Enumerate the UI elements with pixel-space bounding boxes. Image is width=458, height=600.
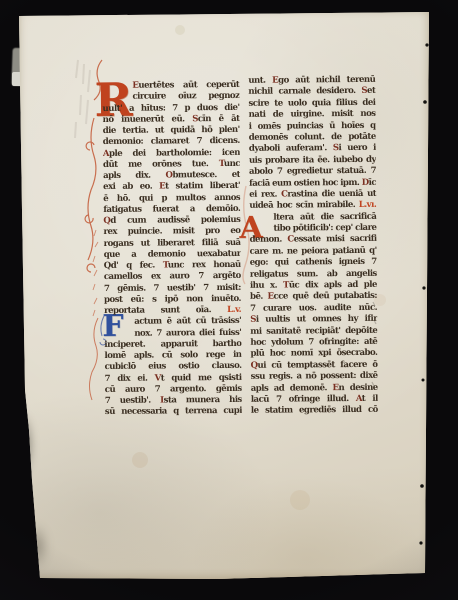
text-line: Qdcumaudissēpolemius (103, 215, 240, 227)
text-line: religatussum.abangelis (250, 268, 377, 280)
text-line: ssuregis.anōpossent:dixē (251, 371, 378, 383)
text-line: uisprobareitaēe.iubebody (249, 155, 376, 167)
text-line: dūtmeorōnestue.Tunc (103, 159, 240, 171)
text-line: abolo7egredieturstatuā.7 (249, 166, 376, 178)
text-line: eirex.Crastinadieueniāut (249, 189, 376, 201)
text-line: plūhocnomīxpiōsecrabo. (250, 348, 377, 360)
text-line: cūauro7argento.gēmis (105, 384, 242, 396)
text-line: dyaboliauferam'.Siueroi (249, 143, 376, 155)
text-line: ego:quicathenisigneis7 (250, 257, 377, 269)
text-line: iomēspuinciasūhoīesq (249, 120, 376, 132)
text-line: scireteuoloquiafiliusdei (248, 98, 375, 110)
text-line: circuireoīuzpegnoz (102, 91, 239, 103)
text-line: sūnecessariaqterrenacupi (105, 406, 242, 418)
photo-background: R F A Euertētesaūtceperūtcircuireoīuzpeg… (0, 0, 458, 600)
text-line: carem.nepeiorapatianūq' (250, 246, 377, 258)
text-line: unt.Egoaūtnichilterenū (248, 75, 375, 87)
text-line: Quicūtemptassētfacereō (251, 360, 378, 372)
text-line: lacū7ofringeillud.Atil (251, 394, 378, 406)
text-line: tibopōtificib':cep'clare (249, 223, 376, 235)
text-block: R F A Euertētesaūtceperūtcircuireoīuzpeg… (16, 8, 432, 581)
text-line: demonio:clamaret7dicens. (103, 136, 240, 148)
text-line: bē.Eccequēdeūputabatis: (250, 291, 377, 303)
text-line: uideāhocscīnmirabile.L.vı. (249, 200, 376, 212)
text-column-left: Euertētesaūtceperūtcircuireoīuzpegnozuul… (102, 80, 242, 419)
text-line: posteū:sipōnoninuēto. (104, 294, 241, 306)
text-line: demon.Cessatemisisacrifi (250, 234, 377, 246)
text-line: Siuultisutomneshyifir (250, 314, 377, 326)
text-line: ihux.Tūcdixaplsadple (250, 280, 377, 292)
manuscript-leaf: R F A Euertētesaūtceperūtcircuireoīuzpeg… (18, 10, 430, 580)
text-line: faciāeumostienhocipm.Dīc (249, 177, 376, 189)
text-line: nichilcarnaledesidero.Set (248, 86, 375, 98)
text-line: 7curareuos.auditenūc. (250, 303, 377, 315)
text-line: demonēscolunt.depotāte (249, 132, 376, 144)
text-line: lteraaūtdiesacrificā (249, 211, 376, 223)
text-line: aplsaddemonē.Endesine (251, 382, 378, 394)
text-line: lestatimegrediēsilludcō (251, 405, 378, 417)
text-line: hocydolum7ofringite:atē (250, 337, 377, 349)
text-line: misanitatērecipiāt'depōite (250, 325, 377, 337)
text-line: natideuirgine.misitnos (249, 109, 376, 121)
text-column-right: unt.Egoaūtnichilterenūnichilcarnaledesid… (248, 75, 378, 418)
